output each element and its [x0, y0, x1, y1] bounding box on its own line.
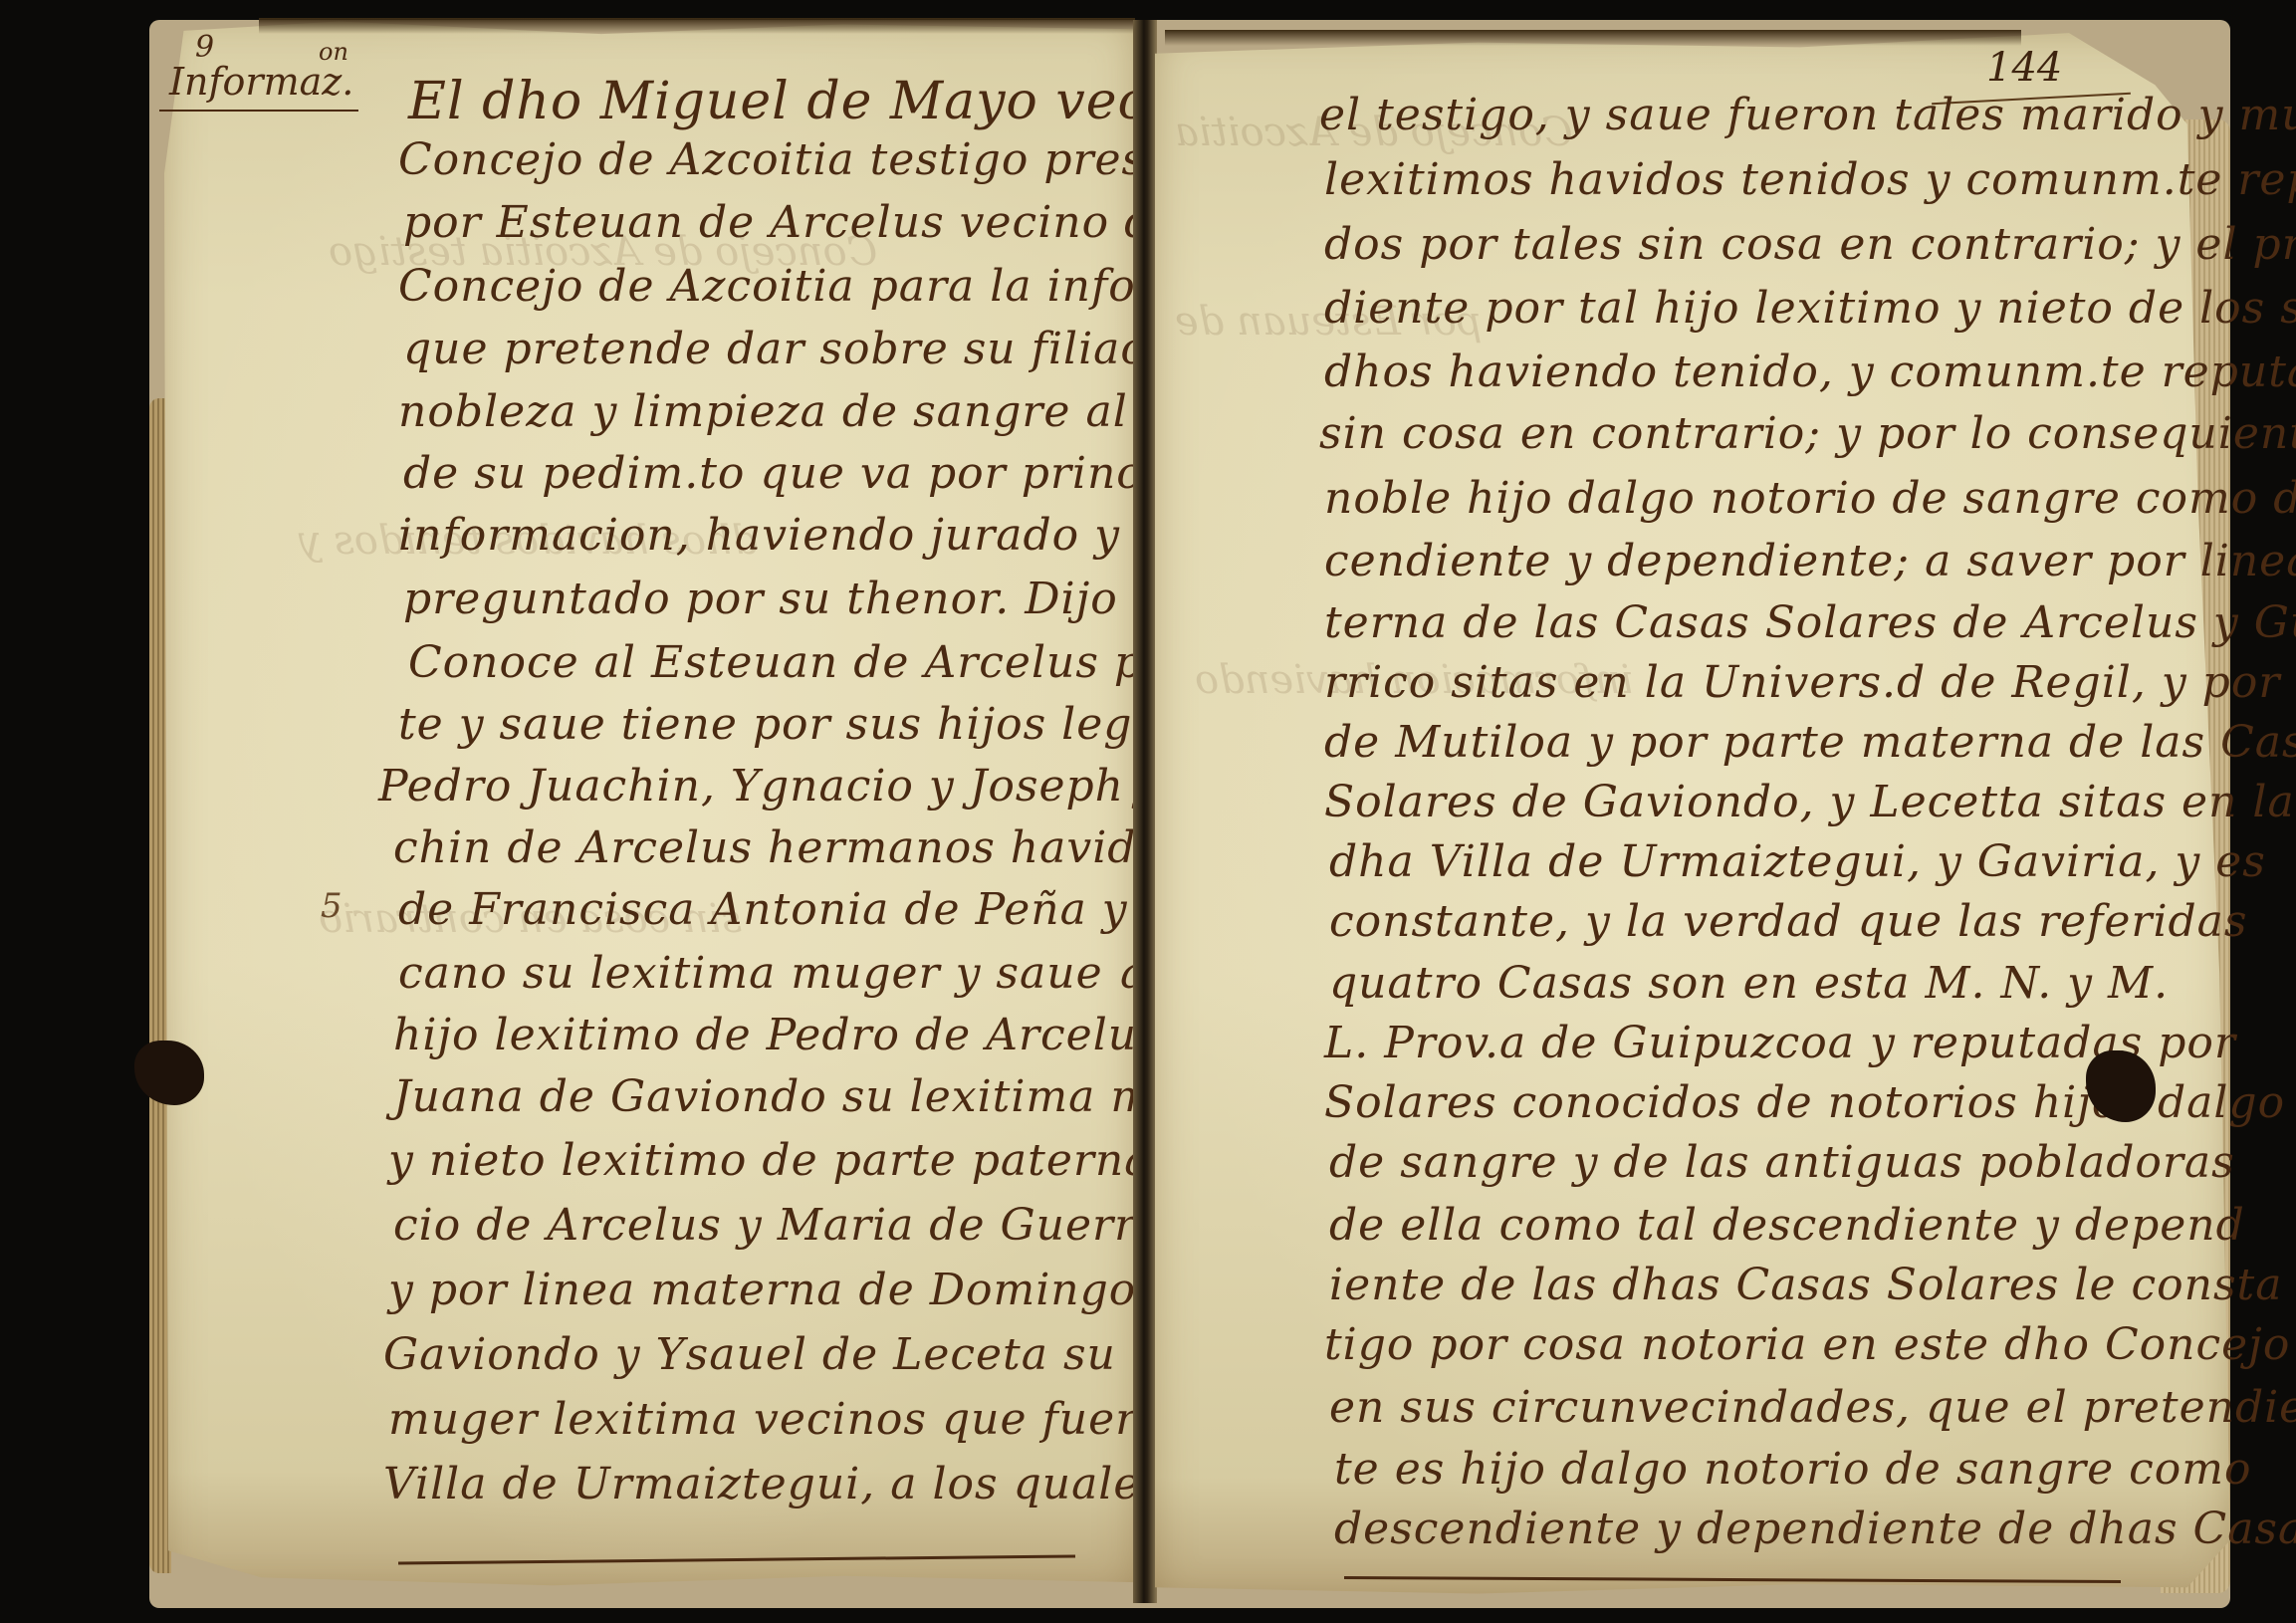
manuscript-line: cendiente y dependiente; a saver por lin…	[1324, 536, 2296, 586]
folio-number: 144	[1986, 45, 2062, 91]
manuscript-line: cio de Arcelus y Maria de Guerrico	[393, 1200, 1204, 1251]
left-page-burned-edge	[259, 18, 1135, 34]
manuscript-line: quatro Casas son en esta M. N. y M.	[1329, 958, 2169, 1009]
margin-note: 9 Informaz. on	[169, 60, 353, 104]
manuscript-line: lexitimos havidos tenidos y comunm.te re…	[1324, 154, 2296, 205]
manuscript-line: tigo por cosa notoria en este dho Concej…	[1324, 1319, 2296, 1370]
manuscript-line: en sus circunvecindades, que el pretendi…	[1329, 1382, 2296, 1433]
margin-mark: 5	[321, 886, 343, 926]
manuscript-line: y por linea materna de Domingo de	[388, 1265, 1207, 1315]
manuscript-line: te es hijo dalgo notorio de sangre como	[1334, 1444, 2251, 1495]
manuscript-line: diente por tal hijo lexitimo y nieto de …	[1324, 283, 2296, 334]
manuscript-line: terna de las Casas Solares de Arcelus y …	[1324, 597, 2296, 648]
manuscript-line: Gaviondo y Ysauel de Leceta su	[383, 1329, 1116, 1380]
manuscript-line: de Mutiloa y por parte materna de las Ca…	[1324, 717, 2296, 768]
right-page-burned-edge	[1165, 30, 2021, 46]
manuscript-line: noble hijo dalgo notorio de sangre como …	[1324, 473, 2296, 524]
manuscript-line: dos por tales sin cosa en contrario; y e…	[1324, 219, 2296, 270]
manuscript-line: dha Villa de Urmaiztegui, y Gaviria, y e…	[1329, 836, 2266, 887]
manuscript-line: preguntado por su thenor. Dijo	[403, 574, 1118, 624]
manuscript-line: de sangre y de las antiguas pobladoras	[1329, 1137, 2235, 1188]
manuscript-line: Pedro Juachin, Ygnacio y Joseph Jua	[378, 761, 1214, 811]
manuscript-line: sin cosa en contrario; y por lo consequi…	[1319, 408, 2296, 459]
book-gutter	[1133, 20, 1157, 1603]
manuscript-line: el testigo, y saue fueron tales marido y…	[1319, 90, 2296, 140]
manuscript-line: chin de Arcelus hermanos havidos	[393, 822, 1188, 873]
manuscript-line: constante, y la verdad que las referidas	[1329, 896, 2248, 947]
manuscript-line: dhos haviendo tenido, y comunm.te reputa…	[1324, 347, 2296, 397]
margin-note-number: 9	[195, 30, 214, 65]
manuscript-line: que pretende dar sobre su filiacion	[403, 324, 1218, 374]
margin-note-underline	[159, 110, 358, 112]
margin-note-abbreviation: on	[319, 38, 348, 66]
manuscript-line: de ella como tal descendiente y depend	[1329, 1200, 2245, 1251]
manuscript-line: Solares de Gaviondo, y Lecetta sitas en …	[1324, 777, 2295, 827]
manuscript-line: descendiente y dependiente de dhas Casas	[1334, 1504, 2296, 1554]
ink-blot	[134, 1041, 204, 1105]
manuscript-line: rrico sitas en la Univers.d de Regil, y …	[1324, 657, 2296, 708]
manuscript-line: de Francisca Antonia de Peña y Gari	[398, 884, 1243, 935]
manuscript-line: iente de las dhas Casas Solares le const…	[1329, 1260, 2296, 1310]
margin-note-text: Informaz.	[169, 60, 353, 104]
